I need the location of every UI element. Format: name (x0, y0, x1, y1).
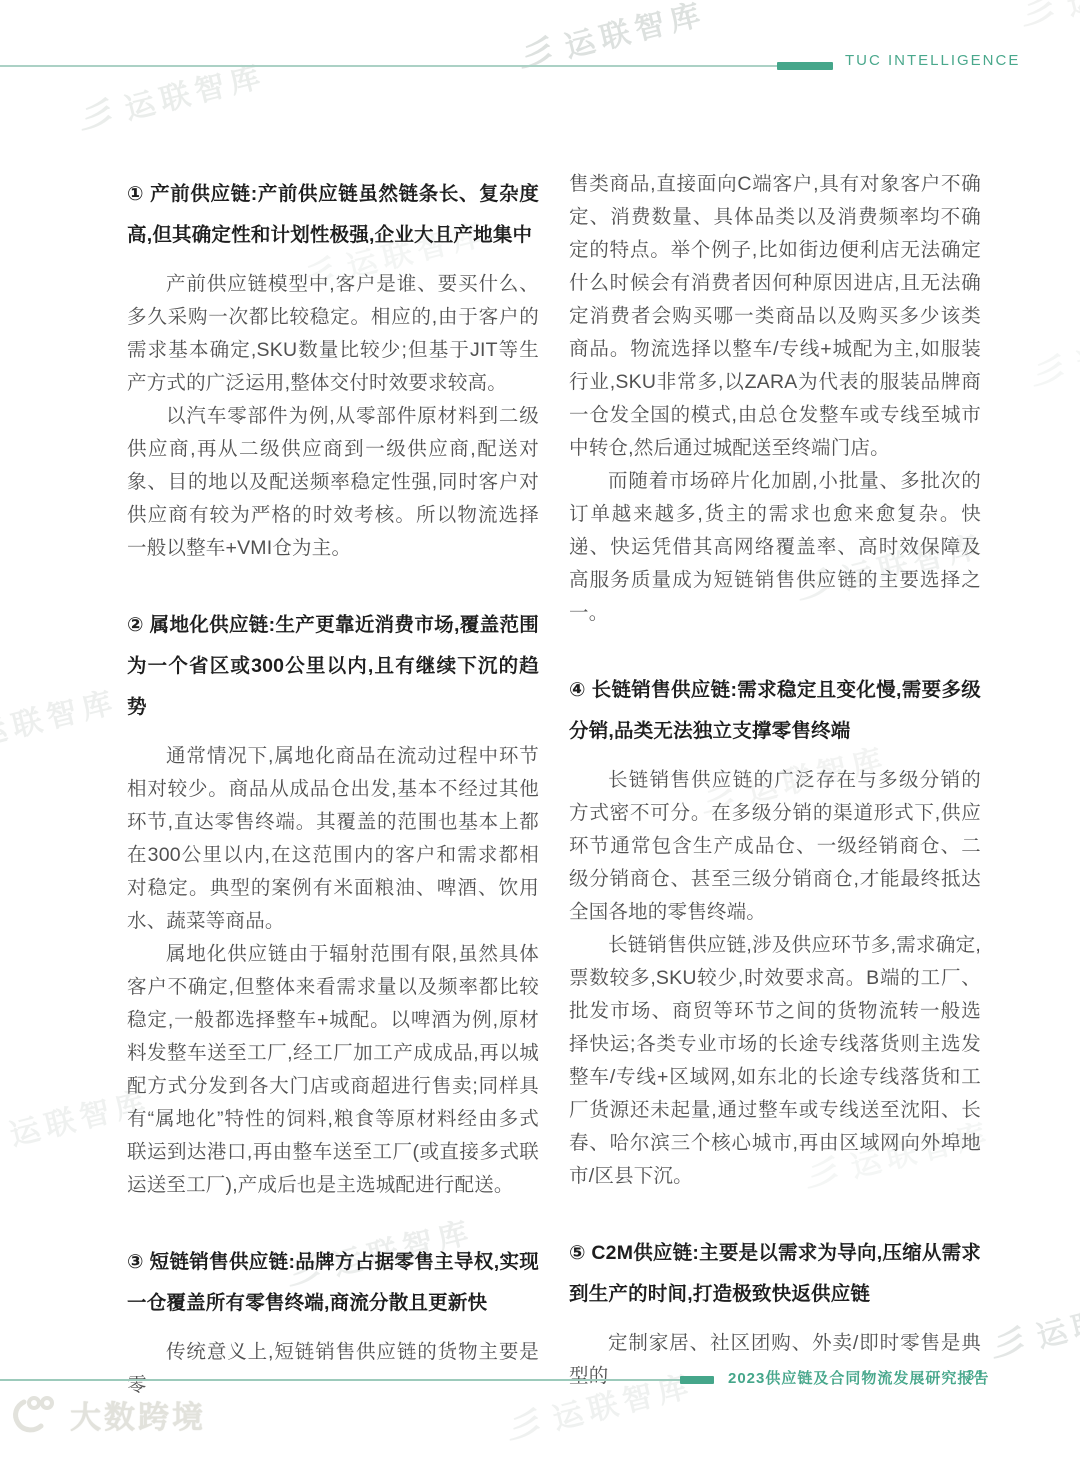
watermark: 彡运联智库 (0, 673, 123, 768)
page-number: 31 (966, 1367, 985, 1384)
section-heading-4: ④ 长链销售供应链:需求稳定且变化慢,需要多级分销,品类无法独立支撑零售终端 (569, 670, 981, 752)
watermark: 彡运联智库 (1026, 303, 1080, 398)
body-paragraph: 以汽车零部件为例,从零部件原材料到二级供应商,再从二级供应商到一级供应商,配送对… (127, 400, 539, 565)
left-column: ① 产前供应链:产前供应链虽然链条长、复杂度高,但其确定性和计划性极强,企业大且… (127, 168, 539, 1402)
watermark: 彡运联智库 (514, 0, 711, 80)
header-rule-accent (777, 62, 833, 70)
brand-label: TUC INTELLIGENCE (845, 52, 1020, 69)
tuc-wave-logo-icon: 彡 (76, 88, 119, 139)
tuc-wave-logo-icon: 彡 (988, 1316, 1031, 1367)
body-paragraph: 传统意义上,短链销售供应链的货物主要是零 (127, 1336, 539, 1402)
report-page: 彡运联智库 彡运联智库 彡运联智库 彡运联智库 彡运联智库 彡运联智库 彡运联智… (0, 0, 1080, 1466)
tuc-wave-logo-icon: 彡 (1018, 0, 1061, 35)
watermark-text: 运联智库 (119, 50, 269, 128)
tuc-wave-logo-icon: 彡 (516, 26, 559, 77)
section-heading-1: ① 产前供应链:产前供应链虽然链条长、复杂度高,但其确定性和计划性极强,企业大且… (127, 174, 539, 256)
header-rule (0, 65, 800, 67)
section-heading-5: ⑤ C2M供应链:主要是以需求为导向,压缩从需求到生产的时间,打造极致快返供应链 (569, 1233, 981, 1315)
tuc-wave-logo-icon: 彡 (504, 1398, 547, 1449)
tuc-wave-logo-icon: 彡 (0, 1114, 4, 1165)
watermark: 彡运联智库 (1016, 0, 1080, 38)
body-paragraph: 长链销售供应链,涉及供应环节多,需求确定,票数较多,SKU较少,时效要求高。B端… (569, 929, 981, 1193)
watermark-text: 运联智库 (1031, 1278, 1080, 1356)
watermark-text: 运联智库 (0, 676, 122, 754)
body-paragraph: 通常情况下,属地化商品在流动过程中环节相对较少。商品从成品仓出发,基本不经过其他… (127, 740, 539, 938)
body-paragraph: 属地化供应链由于辐射范围有限,虽然具体客户不确定,但整体来看需求量以及频率都比较… (127, 938, 539, 1202)
tuc-wave-logo-icon: 彡 (1028, 344, 1071, 395)
watermark-text: 运联智库 (1061, 0, 1080, 24)
footer-rule (0, 1379, 692, 1381)
dashukuajing-logo-icon (10, 1394, 62, 1436)
watermark: 彡运联智库 (986, 1275, 1080, 1370)
body-paragraph: 而随着市场碎片化加剧,小批量、多批次的订单越来越多,货主的需求也愈来愈复杂。快递… (569, 465, 981, 630)
watermark-text: 运联智库 (1071, 306, 1080, 384)
right-column: 售类商品,直接面向C端客户,具有对象客户不确定、消费数量、具体品类以及消费频率均… (569, 168, 981, 1393)
watermark-text: 运联智库 (559, 0, 709, 66)
watermark: 彡运联智库 (74, 47, 271, 142)
body-paragraph: 产前供应链模型中,客户是谁、要买什么、多久采购一次都比较稳定。相应的,由于客户的… (127, 268, 539, 400)
body-paragraph-continued: 售类商品,直接面向C端客户,具有对象客户不确定、消费数量、具体品类以及消费频率均… (569, 168, 981, 465)
section-heading-2: ② 属地化供应链:生产更靠近消费市场,覆盖范围为一个省区或300公里以内,且有继… (127, 605, 539, 728)
section-heading-3: ③ 短链销售供应链:品牌方占据零售主导权,实现一仓覆盖所有零售终端,商流分散且更… (127, 1242, 539, 1324)
footer-rule-accent (680, 1376, 714, 1384)
footer-report-title: 2023供应链及合同物流发展研究报告 (728, 1367, 989, 1388)
body-paragraph: 长链销售供应链的广泛存在与多级分销的方式密不可分。在多级分销的渠道形式下,供应环… (569, 764, 981, 929)
